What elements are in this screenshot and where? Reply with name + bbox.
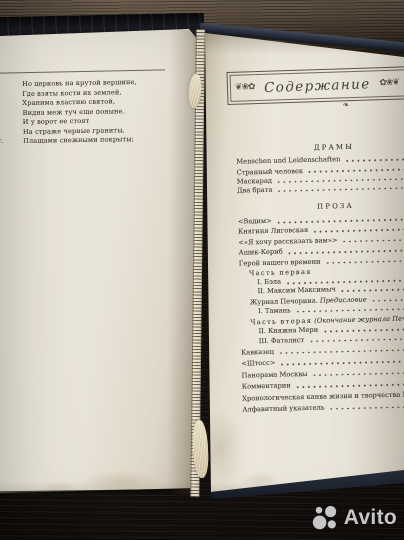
toc-label: Панорама Москвы: [242, 370, 308, 380]
toc-label: Княгиня Лиговская: [238, 226, 308, 236]
toc-label: Кавказец: [241, 348, 274, 357]
dot-leader: [342, 237, 404, 243]
toc-label: Герой нашего времени: [239, 257, 321, 267]
avito-watermark: Avito: [312, 504, 397, 531]
toc-label: Комментарии: [242, 382, 291, 391]
toc-label: I. Тамань: [258, 306, 291, 315]
contents-banner: ❦❀✿ Содержание ✿❀❦ ❧: [226, 66, 404, 105]
dot-leader: [311, 370, 404, 377]
toc-label: Два брата: [237, 186, 272, 195]
toc-label: III. Фаталист: [259, 336, 305, 345]
dot-leader: [295, 381, 404, 389]
dot-leader: [324, 258, 404, 265]
toc-label: Ашик-Кериб: [239, 248, 283, 257]
toc-label: Часть вторая: [250, 317, 312, 327]
toc-label: Маскарад: [237, 177, 272, 186]
dot-leader: [279, 358, 404, 366]
margin-fragment: т.: [0, 137, 4, 145]
dot-leader: [344, 156, 404, 162]
dot-leader: [329, 404, 404, 411]
toc-label-italic: Предисловие: [320, 295, 367, 304]
poem-block: Но церковь на крутой вершине,Где взяты к…: [22, 78, 138, 147]
left-page-rule: [0, 69, 165, 73]
banner-title: Содержание: [258, 76, 375, 96]
avito-logo-icon: [312, 504, 339, 531]
table-of-contents: ДРАМЫMenschen und LeidenschaftenСтранный…: [222, 140, 404, 414]
dot-leader: [276, 185, 404, 193]
toc-label: Журнал Печорина.: [250, 296, 318, 306]
floral-ornament-left-icon: ❦❀✿: [235, 83, 255, 93]
toc-label: <Штосс>: [241, 359, 275, 368]
toc-label: I. Бэла: [257, 278, 281, 287]
toc-label: <Вадим>: [238, 217, 272, 226]
dot-leader: [278, 347, 404, 355]
toc-label: II. Максим Максимыч: [257, 286, 335, 296]
floral-ornament-right-icon: ✿❀❦: [379, 79, 399, 89]
toc-label: II. Княжна Мери: [258, 326, 318, 335]
dot-leader: [295, 306, 404, 314]
poem-line: Плащами снежными покрыты;: [23, 135, 138, 147]
photo-scene: Но церковь на крутой вершине,Где взяты к…: [0, 0, 404, 540]
dot-leader: [371, 297, 404, 303]
toc-label: Часть первая: [249, 268, 312, 278]
dot-leader: [340, 286, 404, 292]
dot-leader: [308, 336, 404, 343]
avito-brand-text: Avito: [344, 507, 397, 528]
toc-label: Странный человек: [237, 167, 304, 177]
